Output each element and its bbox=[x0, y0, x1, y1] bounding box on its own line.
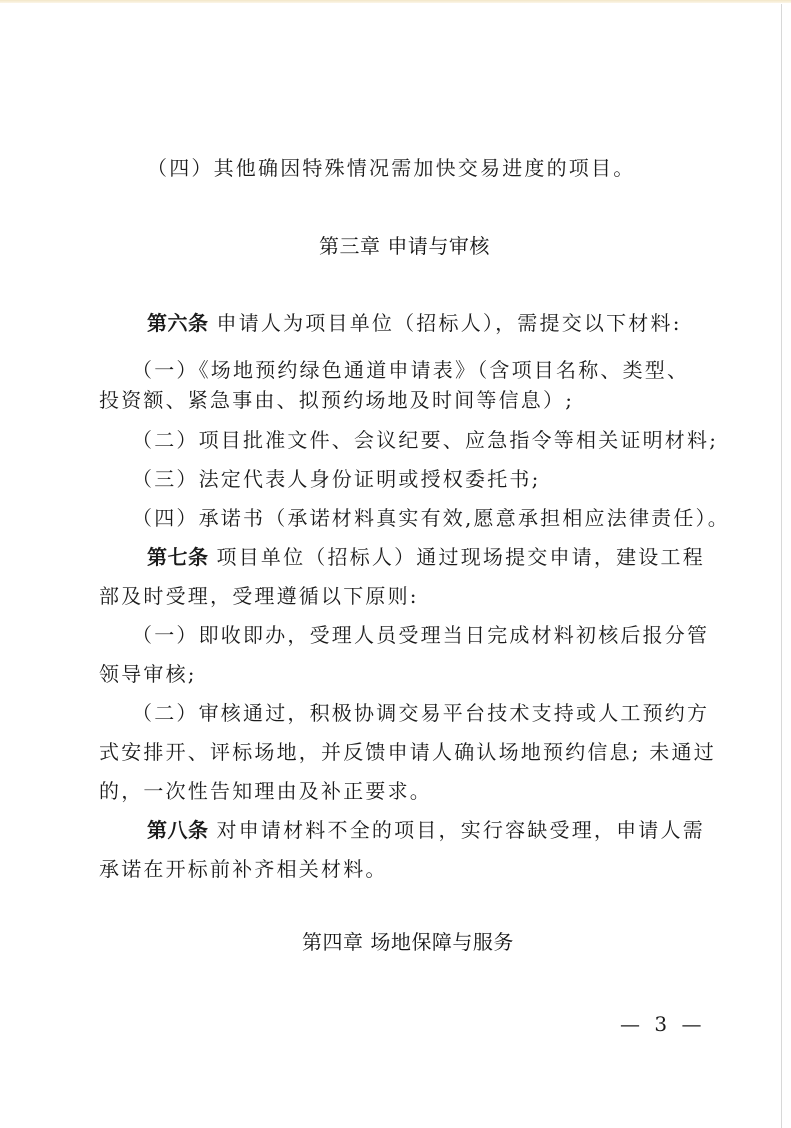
article-7-item-2-cont-1: 式安排开、评标场地，并反馈申请人确认场地预约信息; 未通过 bbox=[99, 740, 716, 764]
chapter-heading-4: 第四章 场地保障与服务 bbox=[302, 930, 514, 954]
article-6: 第六条申请人为项目单位（招标人），需提交以下材料: bbox=[147, 311, 682, 335]
article-6-item-1-cont: 投资额、紧急事由、拟预约场地及时间等信息）; bbox=[99, 388, 574, 412]
article-7-item-2-cont-2: 的，一次性告知理由及补正要求。 bbox=[99, 779, 432, 803]
article-label: 第七条 bbox=[147, 545, 209, 569]
article-6-item-2: （二）项目批准文件、会议纪要、应急指令等相关证明材料; bbox=[132, 428, 718, 452]
article-7-cont: 部及时受理，受理遵循以下原则: bbox=[99, 584, 419, 608]
chapter-heading-3: 第三章 申请与审核 bbox=[319, 234, 490, 258]
article-label: 第六条 bbox=[147, 311, 209, 335]
article-6-item-3: （三）法定代表人身份证明或授权委托书; bbox=[132, 467, 541, 491]
article-7: 第七条项目单位（招标人）通过现场提交申请，建设工程 bbox=[147, 545, 705, 569]
page-number: — 3 — bbox=[620, 1012, 705, 1036]
article-label: 第八条 bbox=[147, 818, 209, 842]
article-text: 申请人为项目单位（招标人），需提交以下材料: bbox=[217, 311, 682, 335]
article-6-item-1: （一）《场地预约绿色通道申请表》（含项目名称、类型、 bbox=[132, 358, 689, 382]
paragraph-item-4: （四）其他确因特殊情况需加快交易进度的项目。 bbox=[147, 156, 635, 180]
article-text: 项目单位（招标人）通过现场提交申请，建设工程 bbox=[217, 545, 705, 569]
document-page: （四）其他确因特殊情况需加快交易进度的项目。 第三章 申请与审核 第六条申请人为… bbox=[0, 0, 791, 1128]
article-8-cont: 承诺在开标前补齐相关材料。 bbox=[99, 857, 388, 881]
article-8: 第八条对申请材料不全的项目，实行容缺受理，申请人需 bbox=[147, 818, 705, 842]
article-7-item-1: （一）即收即办，受理人员受理当日完成材料初核后报分管 bbox=[132, 623, 709, 647]
article-7-item-2: （二）审核通过，积极协调交易平台技术支持或人工预约方 bbox=[132, 701, 709, 725]
article-7-item-1-cont: 领导审核; bbox=[99, 662, 197, 686]
article-6-item-4: （四）承诺书（承诺材料真实有效,愿意承担相应法律责任）。 bbox=[132, 506, 730, 530]
article-text: 对申请材料不全的项目，实行容缺受理，申请人需 bbox=[217, 818, 705, 842]
